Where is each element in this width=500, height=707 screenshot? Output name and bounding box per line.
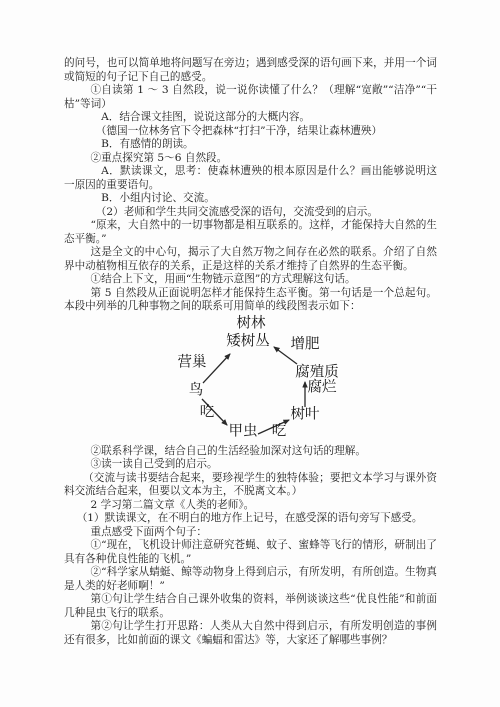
- diagram-label-yingchao: 营巢: [178, 355, 207, 370]
- paragraph: 第②句让学生打开思路：人类从大自然中得到启示，有所发明创造的事例还有很多，比如前…: [64, 620, 437, 647]
- diagram-label-niao: 鸟: [189, 383, 204, 398]
- paragraph: B．小组内讨论、交流。: [64, 192, 437, 206]
- paragraph: 2 学习第二篇文章《人类的老师》。: [64, 499, 437, 513]
- paragraph: 第 5 自然段从正面说明怎样才能保持生态平衡。第一句话是一个总起句。本段中列举的…: [64, 287, 437, 314]
- paragraph: 重点感受下面两个句子：: [64, 526, 437, 540]
- paragraph: 第①句让学生结合自己课外收集的资料，举例谈谈这些“优良性能”和前面几种昆虫飞行的…: [64, 593, 437, 620]
- paragraph: ②“科学家从蜻蜓、鲸等动物身上得到启示，有所发明，有所创造。生物真是人类的好老师…: [64, 566, 437, 593]
- diagram-label-fuzhizhi: 腐殖质: [295, 365, 339, 380]
- diagram-label-chi-left: 吃: [200, 405, 215, 420]
- food-chain-diagram: 树林矮树丛营巢增肥腐殖质腐烂鸟吃甲虫吃树叶: [64, 315, 437, 445]
- paragraph: ②联系科学课，结合自己的生活经验加深对这句话的理解。: [64, 445, 437, 459]
- paragraph: “原来，大自然中的一切事物都是相互联系的。这样，才能保持大自然的生态平衡。”: [64, 219, 437, 246]
- paragraph: A．结合课文挂图，说说这部分的大概内容。: [64, 111, 437, 125]
- diagram-label-shulin: 树林: [237, 316, 266, 331]
- diagram-label-zengfei: 增肥: [291, 337, 320, 352]
- paragraph: B．有感情的朗读。: [64, 138, 437, 152]
- diagram-label-aishucong: 矮树丛: [226, 334, 270, 349]
- diagram-label-jiachong: 甲虫: [229, 424, 258, 439]
- paragraph: ①结合上下文，用画“生物链示意图”的方式理解这句话。: [64, 273, 437, 287]
- paragraph: （1）默读课文，在不明白的地方作上记号，在感受深的语句旁写下感受。: [64, 512, 437, 526]
- diagram-label-fulan: 腐烂: [308, 380, 337, 395]
- paragraph: （2）老师和学生共同交流感受深的语句，交流受到的启示。: [64, 206, 437, 220]
- paragraph: （交流与读书要结合起来，要珍视学生的独特体验；要把文本学习与课外资料交流结合起来…: [64, 472, 437, 499]
- diagram-label-shuye: 树叶: [291, 407, 320, 422]
- paragraph: 的问号，也可以简单地将问题写在旁边；遇到感受深的语句画下来，并用一个词或简短的句…: [64, 57, 437, 84]
- diagram-label-chi-bottom: 吃: [272, 424, 287, 439]
- paragraph: ①“现在，飞机设计师注意研究苍蝇、蚊子、蜜蜂等飞行的情形，研制出了具有各种优良性…: [64, 539, 437, 566]
- paragraph: 这是全文的中心句，揭示了大自然万物之间存在必然的联系。介绍了自然界中动植物相互依…: [64, 246, 437, 273]
- diagram-arrow-bird-nests-in-shrubs: [203, 354, 230, 383]
- paragraph: ②重点探究第 5～6 自然段。: [64, 152, 437, 166]
- paragraph: ①自读第 1 ～ 3 自然段，说一说你读懂了什么？（理解“宽敞”“洁净”“干枯”…: [64, 84, 437, 111]
- document-page: 的问号，也可以简单地将问题写在旁边；遇到感受深的语句画下来，并用一个词或简短的句…: [0, 0, 500, 707]
- paragraph: ③读一读自己受到的启示。: [64, 458, 437, 472]
- paragraph: （德国一位林务官下令把森林“打扫”干净，结果让森林遭殃）: [64, 125, 437, 139]
- paragraph: A．默读课文，思考：使森林遭殃的根本原因是什么？画出能够说明这一原因的重要语句。: [64, 165, 437, 192]
